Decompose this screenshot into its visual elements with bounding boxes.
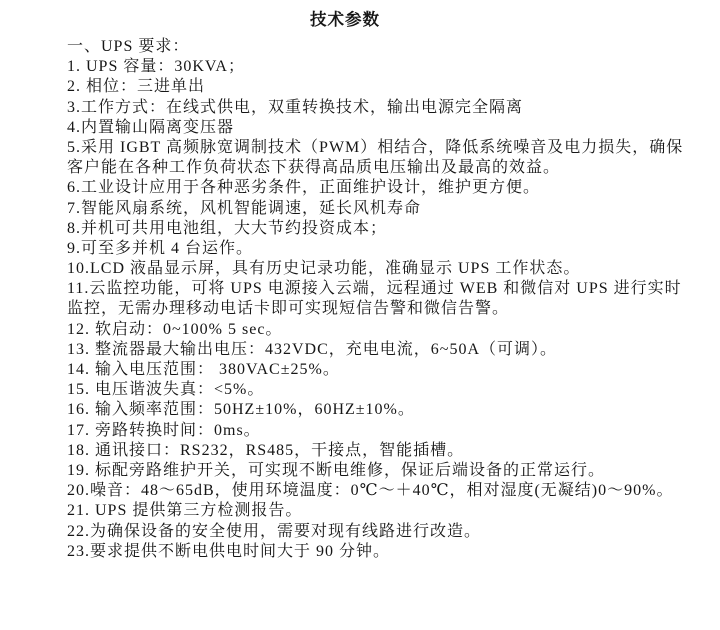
doc-line-item-3: 3.工作方式：在线式供电，双重转换技术，输出电源完全隔离 (67, 98, 697, 118)
doc-line-section-heading: 一、UPS 要求： (67, 37, 697, 57)
doc-line-item-6: 6.工业设计应用于各种恶劣条件，正面维护设计，维护更方便。 (67, 178, 697, 198)
doc-line-item-23: 23.要求提供不断电供电时间大于 90 分钟。 (67, 542, 697, 562)
doc-line-item-11-wrap: 监控，无需办理移动电话卡即可实现短信告警和微信告警。 (67, 299, 697, 319)
doc-line-item-16: 16. 输入频率范围：50HZ±10%，60HZ±10%。 (67, 400, 697, 420)
doc-line-item-20: 20.噪音：48～65dB，使用环境温度：0℃～＋40℃，相对湿度(无凝结)0～… (67, 481, 697, 501)
doc-line-item-1: 1. UPS 容量：30KVA； (67, 57, 697, 77)
doc-line-item-8: 8.并机可共用电池组，大大节约投资成本； (67, 219, 697, 239)
document-body: 一、UPS 要求： 1. UPS 容量：30KVA； 2. 相位：三进单出 3.… (67, 37, 697, 562)
doc-line-item-10: 10.LCD 液晶显示屏，具有历史记录功能，准确显示 UPS 工作状态。 (67, 259, 697, 279)
page-title: 技术参数 (0, 10, 690, 30)
doc-line-item-17: 17. 旁路转换时间：0ms。 (67, 421, 697, 441)
doc-line-item-5-wrap: 客户能在各种工作负荷状态下获得高品质电压输出及最高的效益。 (67, 158, 697, 178)
doc-line-item-9: 9.可至多并机 4 台运作。 (67, 239, 697, 259)
doc-line-item-2: 2. 相位：三进单出 (67, 77, 697, 97)
doc-line-item-5: 5.采用 IGBT 高频脉宽调制技术（PWM）相结合，降低系统噪音及电力损失，确… (67, 138, 697, 158)
doc-line-item-12: 12. 软启动：0~100% 5 sec。 (67, 320, 697, 340)
doc-line-item-19: 19. 标配旁路维护开关，可实现不断电维修，保证后端设备的正常运行。 (67, 461, 697, 481)
doc-line-item-14: 14. 输入电压范围： 380VAC±25%。 (67, 360, 697, 380)
doc-line-item-13: 13. 整流器最大输出电压：432VDC，充电电流，6~50A（可调）。 (67, 340, 697, 360)
doc-line-item-15: 15. 电压谐波失真：<5%。 (67, 380, 697, 400)
doc-line-item-7: 7.智能风扇系统，风机智能调速，延长风机寿命 (67, 199, 697, 219)
document-page: 技术参数 一、UPS 要求： 1. UPS 容量：30KVA； 2. 相位：三进… (0, 0, 720, 630)
doc-line-item-4: 4.内置输山隔离变压器 (67, 118, 697, 138)
doc-line-item-11: 11.云监控功能，可将 UPS 电源接入云端，远程通过 WEB 和微信对 UPS… (67, 279, 697, 299)
doc-line-item-22: 22.为确保设备的安全使用，需要对现有线路进行改造。 (67, 522, 697, 542)
doc-line-item-18: 18. 通讯接口：RS232，RS485，干接点，智能插槽。 (67, 441, 697, 461)
doc-line-item-21: 21. UPS 提供第三方检测报告。 (67, 501, 697, 521)
